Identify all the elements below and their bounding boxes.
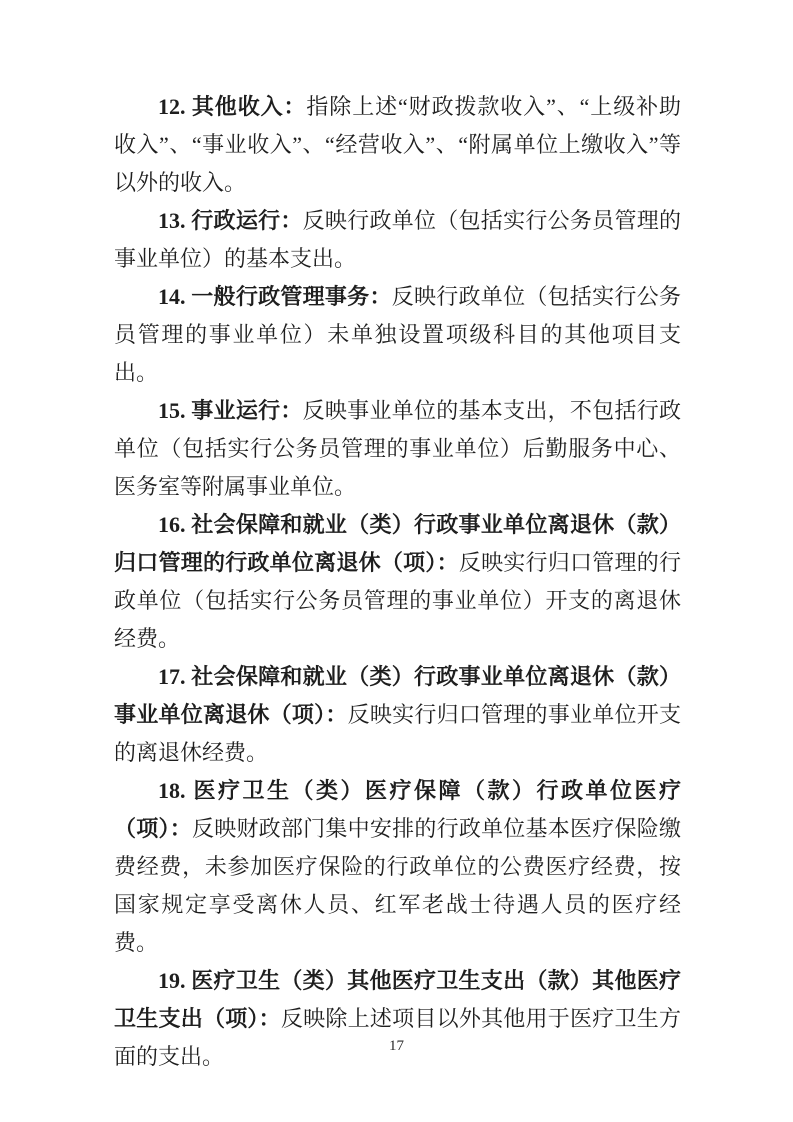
paragraph-item-12: 12. 其他收入：指除上述“财政拨款收入”、“上级补助收入”、“事业收入”、“经…: [114, 88, 681, 202]
paragraph-item-18: 18. 医疗卫生（类）医疗保障（款）行政单位医疗（项）：反映财政部门集中安排的行…: [114, 772, 681, 962]
paragraph-item-17: 17. 社会保障和就业（类）行政事业单位离退休（款）事业单位离退休（项）：反映实…: [114, 658, 681, 772]
page-content: 12. 其他收入：指除上述“财政拨款收入”、“上级补助收入”、“事业收入”、“经…: [114, 88, 681, 1076]
paragraph-item-14: 14. 一般行政管理事务：反映行政单位（包括实行公务员管理的事业单位）未单独设置…: [114, 278, 681, 392]
term-label-12: 12. 其他收入：: [158, 94, 306, 119]
paragraph-item-15: 15. 事业运行：反映事业单位的基本支出，不包括行政单位（包括实行公务员管理的事…: [114, 392, 681, 506]
term-label-14: 14. 一般行政管理事务：: [158, 284, 392, 309]
paragraph-item-19: 19. 医疗卫生（类）其他医疗卫生支出（款）其他医疗卫生支出（项）：反映除上述项…: [114, 962, 681, 1076]
paragraph-item-16: 16. 社会保障和就业（类）行政事业单位离退休（款）归口管理的行政单位离退休（项…: [114, 506, 681, 658]
document-page: 12. 其他收入：指除上述“财政拨款收入”、“上级补助收入”、“事业收入”、“经…: [0, 0, 793, 1122]
term-label-15: 15. 事业运行：: [158, 398, 303, 423]
term-definition-18: 反映财政部门集中安排的行政单位基本医疗保险缴费经费，未参加医疗保险的行政单位的公…: [114, 816, 681, 955]
term-label-13: 13. 行政运行：: [158, 208, 303, 233]
paragraph-item-13: 13. 行政运行：反映行政单位（包括实行公务员管理的事业单位）的基本支出。: [114, 202, 681, 278]
page-number: 17: [0, 1038, 793, 1055]
